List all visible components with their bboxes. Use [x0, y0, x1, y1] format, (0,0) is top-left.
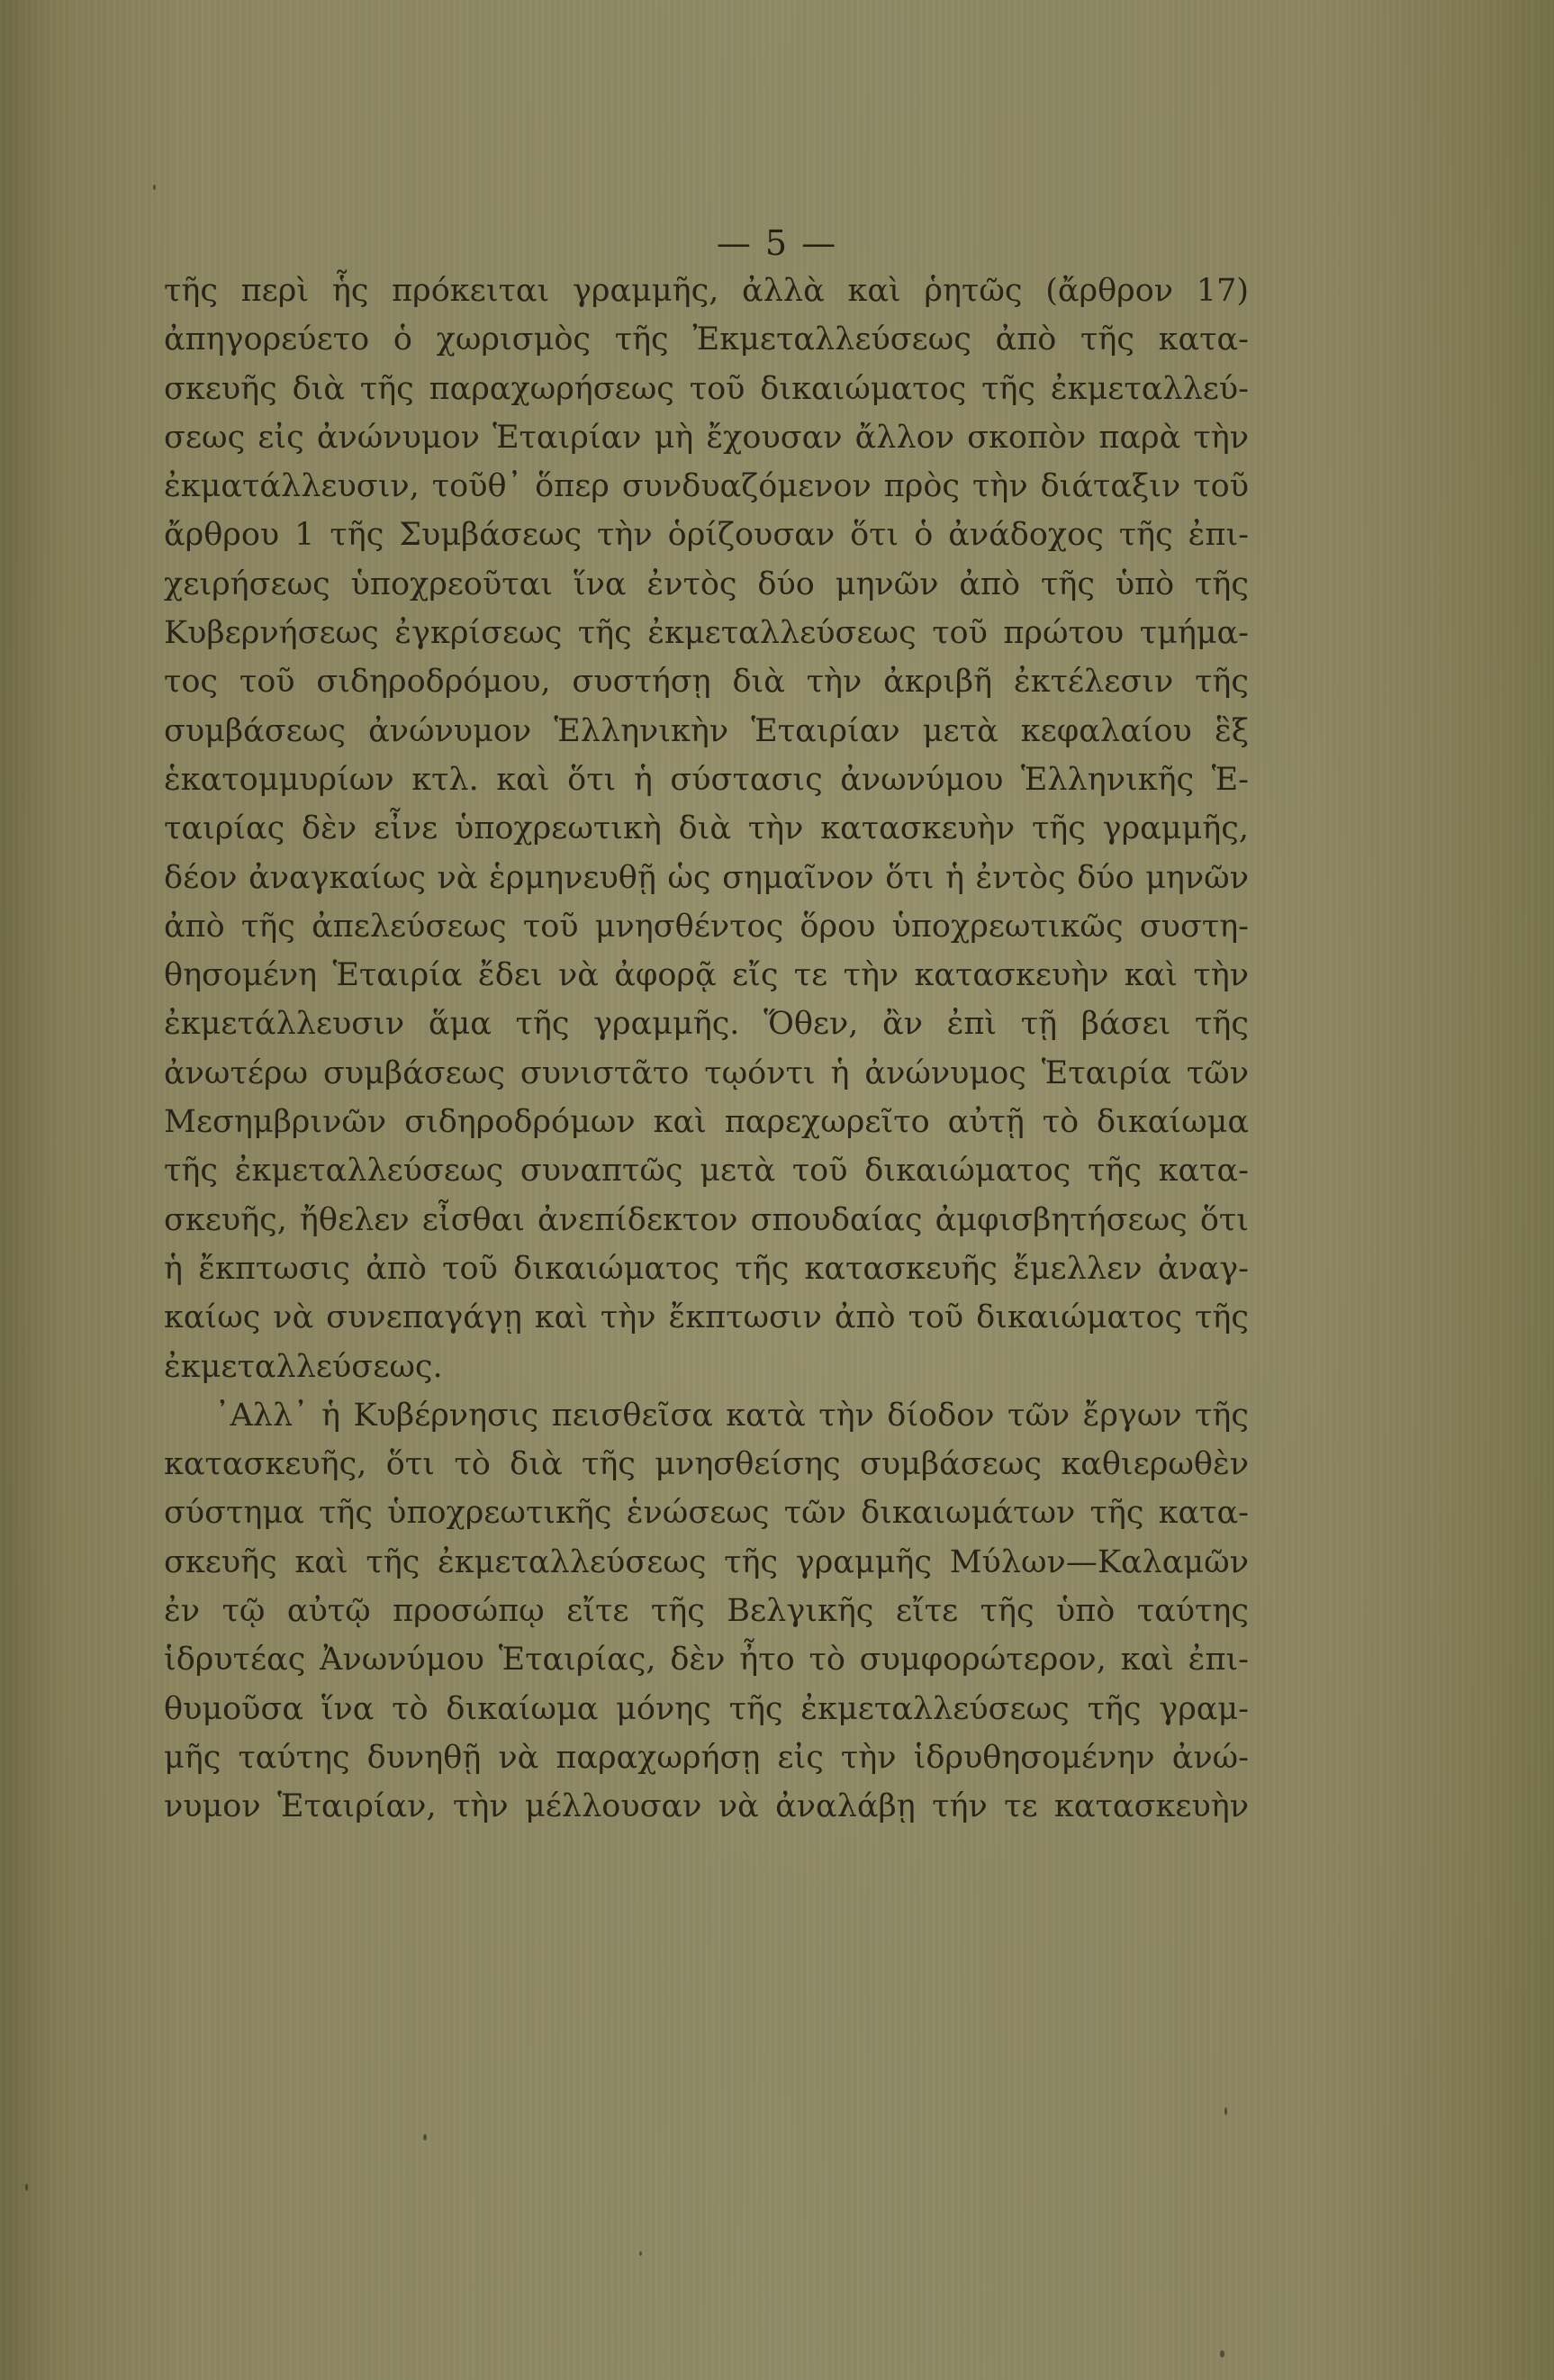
- text-line: τῆς περὶ ἧς πρόκειται γραμμῆς, ἀλλὰ καὶ …: [164, 267, 1249, 315]
- text-line: Μεσημβρινῶν σιδηροδρόμων καὶ παρεχωρεῖτο…: [164, 1098, 1249, 1146]
- text-line: ᾿Αλλ᾽ ἡ Κυβέρνησις πεισθεῖσα κατὰ τὴν δί…: [164, 1391, 1249, 1440]
- text-line: ἀπὸ τῆς ἀπελεύσεως τοῦ μνησθέντος ὅρου ὑ…: [164, 902, 1249, 951]
- text-line: ἀνωτέρω συμβάσεως συνιστᾶτο τῳόντι ἡ ἀνώ…: [164, 1049, 1249, 1098]
- paragraph-1: τῆς περὶ ἧς πρόκειται γραμμῆς, ἀλλὰ καὶ …: [164, 267, 1249, 1391]
- text-line: Κυβερνήσεως ἐγκρίσεως τῆς ἐκμεταλλεύσεως…: [164, 609, 1249, 657]
- text-line: σκευῆς, ἤθελεν εἶσθαι ἀνεπίδεκτον σπουδα…: [164, 1196, 1249, 1244]
- paper-speck: [153, 185, 156, 190]
- text-line: σκευῆς διὰ τῆς παραχωρήσεως τοῦ δικαιώμα…: [164, 365, 1249, 413]
- text-line: ἀπηγορεύετο ὁ χωρισμὸς τῆς Ἐκμεταλλεύσεω…: [164, 315, 1249, 364]
- paper-speck: [25, 2184, 28, 2191]
- text-line: ἡ ἔκπτωσις ἀπὸ τοῦ δικαιώματος τῆς κατασ…: [164, 1244, 1249, 1293]
- text-line: σύστημα τῆς ὑποχρεωτικῆς ἑνώσεως τῶν δικ…: [164, 1489, 1249, 1537]
- text-line: ἐν τῷ αὐτῷ προσώπῳ εἴτε τῆς Βελγικῆς εἴτ…: [164, 1587, 1249, 1635]
- text-line: τῆς ἐκμεταλλεύσεως συναπτῶς μετὰ τοῦ δικ…: [164, 1146, 1249, 1195]
- text-line: καίως νὰ συνεπαγάγῃ καὶ τὴν ἔκπτωσιν ἀπὸ…: [164, 1293, 1249, 1342]
- text-line: μῆς ταύτης δυνηθῇ νὰ παραχωρήσῃ εἰς τὴν …: [164, 1733, 1249, 1782]
- text-line: θησομένη Ἑταιρία ἔδει νὰ ἀφορᾷ εἴς τε τὴ…: [164, 951, 1249, 1000]
- text-line: δέον ἀναγκαίως νὰ ἑρμηνευθῇ ὡς σημαῖνον …: [164, 854, 1249, 902]
- text-line: χειρήσεως ὑποχρεοῦται ἵνα ἐντὸς δύο μηνῶ…: [164, 560, 1249, 609]
- text-line: νυμον Ἑταιρίαν, τὴν μέλλουσαν νὰ ἀναλάβῃ…: [164, 1782, 1249, 1831]
- text-line: ἑκατομμυρίων κτλ. καὶ ὅτι ἡ σύστασις ἀνω…: [164, 756, 1249, 804]
- text-line: ταιρίας δὲν εἶνε ὑποχρεωτικὴ διὰ τὴν κατ…: [164, 804, 1249, 853]
- paper-speck: [423, 2134, 427, 2140]
- text-line: τος τοῦ σιδηροδρόμου, συστήσῃ διὰ τὴν ἀκ…: [164, 657, 1249, 706]
- text-line: σκευῆς καὶ τῆς ἐκμεταλλεύσεως τῆς γραμμῆ…: [164, 1538, 1249, 1587]
- text-line: ἐκμεταλλεύσεως.: [164, 1343, 1249, 1391]
- page-number: — 5 —: [0, 223, 1554, 263]
- paper-speck: [1224, 2107, 1227, 2115]
- text-line: σεως εἰς ἀνώνυμον Ἑταιρίαν μὴ ἔχουσαν ἄλ…: [164, 413, 1249, 462]
- body-text: τῆς περὶ ἧς πρόκειται γραμμῆς, ἀλλὰ καὶ …: [164, 267, 1249, 1832]
- text-line: ἐκμετάλλευσιν ἅμα τῆς γραμμῆς. Ὅθεν, ἂν …: [164, 1000, 1249, 1048]
- text-line: ἐκματάλλευσιν, τοῦθ᾽ ὅπερ συνδυαζόμενον …: [164, 462, 1249, 511]
- paper-speck: [1220, 2350, 1224, 2357]
- text-line: κατασκευῆς, ὅτι τὸ διὰ τῆς μνησθείσης συ…: [164, 1440, 1249, 1489]
- paper-speck: [639, 2251, 642, 2256]
- text-line: θυμοῦσα ἵνα τὸ δικαίωμα μόνης τῆς ἐκμετα…: [164, 1685, 1249, 1733]
- text-line: συμβάσεως ἀνώνυμον Ἑλληνικὴν Ἑταιρίαν με…: [164, 707, 1249, 756]
- paragraph-2: ᾿Αλλ᾽ ἡ Κυβέρνησις πεισθεῖσα κατὰ τὴν δί…: [164, 1391, 1249, 1832]
- text-line: ἄρθρου 1 τῆς Συμβάσεως τὴν ὁρίζουσαν ὅτι…: [164, 511, 1249, 559]
- text-line: ἱδρυτέας Ἀνωνύμου Ἑταιρίας, δὲν ἦτο τὸ σ…: [164, 1635, 1249, 1684]
